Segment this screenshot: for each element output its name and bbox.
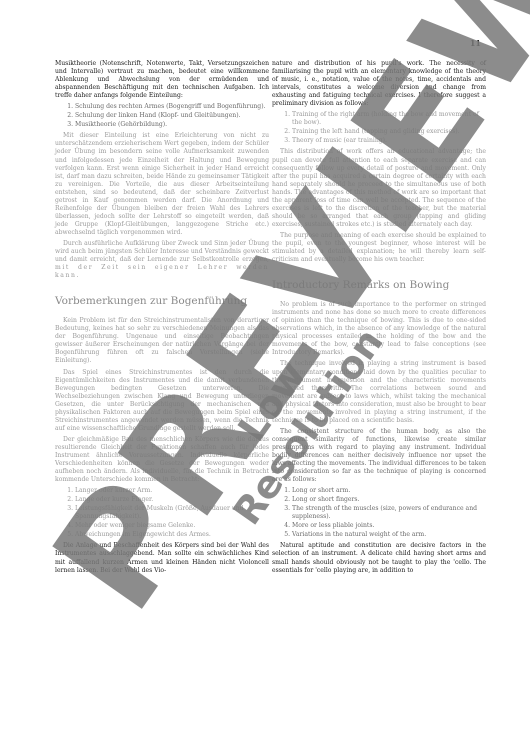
numbered-list: Langer oder kurzer Arm. Lange oder kurze… <box>55 487 269 539</box>
left-column-german: Musiktheorie (Notenschrift, Notenwerte, … <box>55 60 269 578</box>
paragraph: Mit dieser Einteilung ist eine Erleichte… <box>55 132 269 237</box>
list-item: Variations in the natural weight of the … <box>292 531 486 539</box>
list-item: Theory of music (ear training). <box>292 137 486 145</box>
list-item: More or less pliable joints. <box>292 522 486 530</box>
list-item: Long or short arm. <box>292 487 486 495</box>
list-item: Langer oder kurzer Arm. <box>75 487 269 495</box>
list-item: Mehr oder weniger biegsame Gelenke. <box>75 522 269 530</box>
paragraph: Durch ausführliche Aufklärung über Zweck… <box>55 240 269 280</box>
numbered-list: Long or short arm. Long or short fingers… <box>272 487 486 539</box>
numbered-list: Training of the right arm (holding the b… <box>272 111 486 145</box>
list-item: Lange oder kurze Finger. <box>75 496 269 504</box>
paragraph: The consistent structure of the human bo… <box>272 428 486 484</box>
list-item: Abweichungen im Eigengewicht des Armes. <box>75 531 269 539</box>
paragraph: This distribution of work offers an educ… <box>272 148 486 228</box>
page-number: 11 <box>470 38 481 48</box>
paragraph: Natural aptitude and constitution are de… <box>272 542 486 574</box>
list-item: Leistungsfähigkeit der Muskeln (Größe, A… <box>75 505 269 521</box>
paragraph: The technique involved in playing a stri… <box>272 360 486 424</box>
right-column-english: nature and distribution of his pupil's w… <box>272 60 486 578</box>
list-item: Schulung des rechten Armes (Bogengriff u… <box>75 103 269 111</box>
list-item: Training the left hand (tapping and glid… <box>292 128 486 136</box>
list-item: Training of the right arm (holding the b… <box>292 111 486 127</box>
section-heading: Introductory Remarks on Bowing <box>272 279 486 292</box>
list-item: Schulung der linken Hand (Klopf- und Gle… <box>75 112 269 120</box>
book-page: 11 Musiktheorie (Notenschrift, Notenwert… <box>0 0 530 750</box>
paragraph: Das Spiel eines Streichinstrumentes ist … <box>55 369 269 433</box>
paragraph: The purpose and meaning of each exercise… <box>272 232 486 264</box>
paragraph: Musiktheorie (Notenschrift, Notenwerte, … <box>55 60 269 100</box>
list-item: The strength of the muscles (size, power… <box>292 505 486 521</box>
numbered-list: Schulung des rechten Armes (Bogengriff u… <box>55 103 269 129</box>
paragraph: Die Anlage und Beschaffenheit des Körper… <box>55 542 269 574</box>
list-item: Musiktheorie (Gehörbildung). <box>75 121 269 129</box>
paragraph: Der gleichmäßige Bau des menschlichen Kö… <box>55 436 269 484</box>
paragraph: nature and distribution of his pupil's w… <box>272 60 486 108</box>
list-item: Long or short fingers. <box>292 496 486 504</box>
section-heading: Vorbemerkungen zur Bogenführung <box>55 295 269 308</box>
paragraph: Kein Problem ist für den Streichinstrume… <box>55 317 269 365</box>
paragraph: No problem is of such importance to the … <box>272 301 486 357</box>
